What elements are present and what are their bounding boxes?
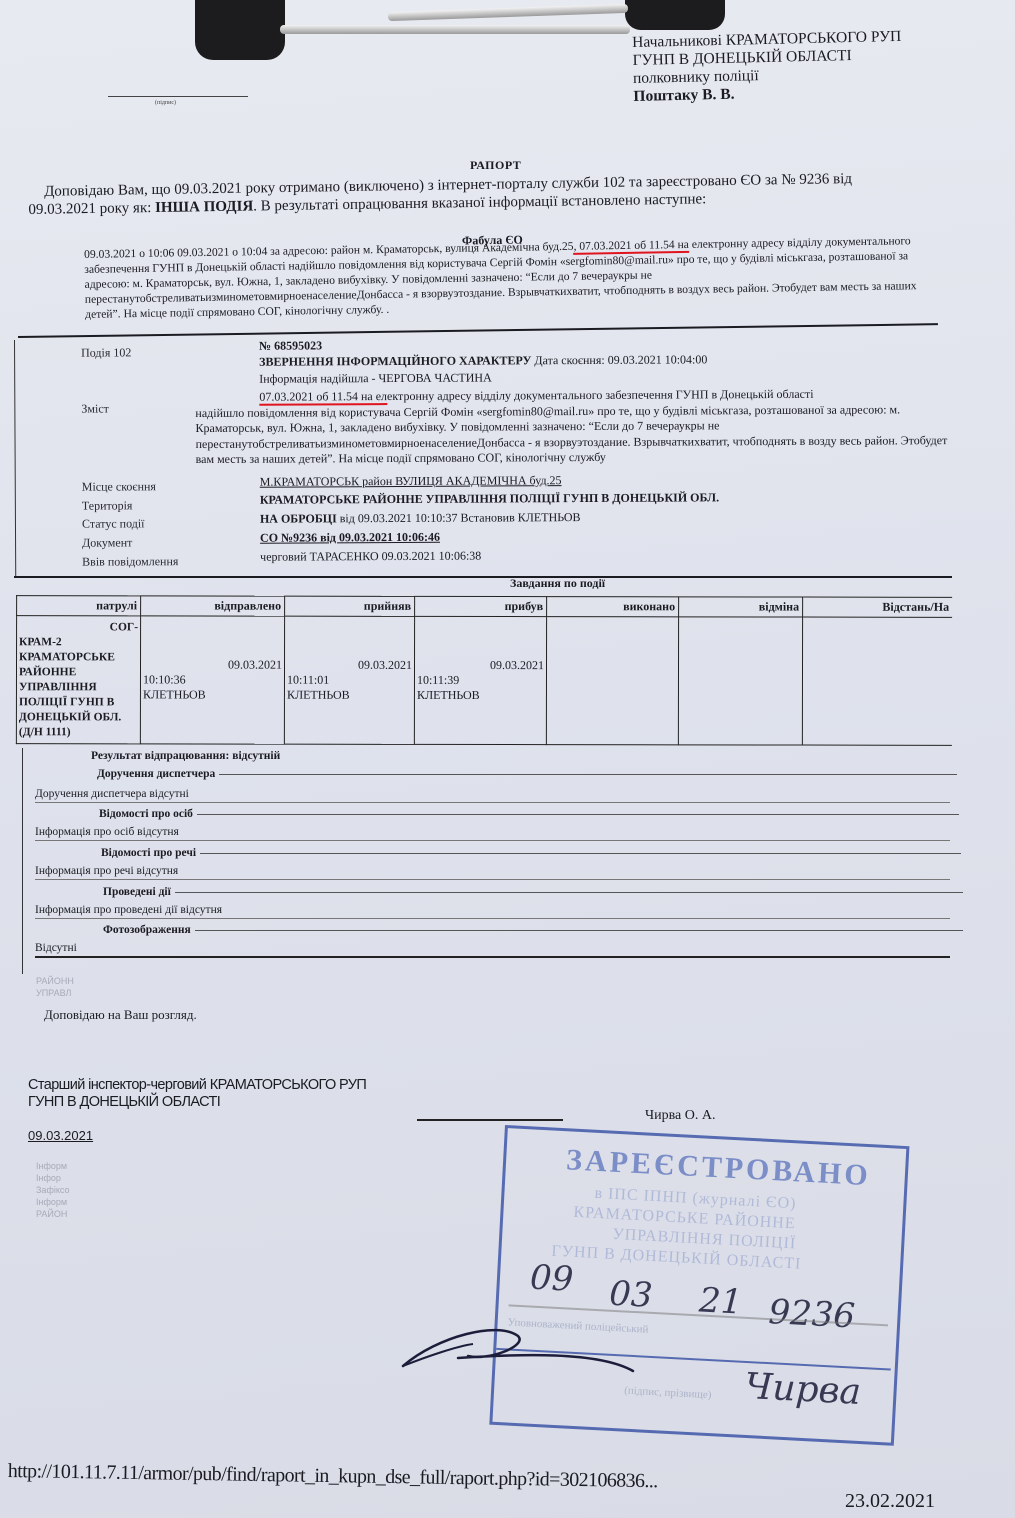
section-body: Доручення диспетчера відсутні [35,788,950,803]
event-number: № 68595023 [259,338,322,353]
col-completed: виконано [547,597,679,617]
arrived-date: 09.03.2021 [417,658,544,673]
arrived-time: 10:11:39 [417,673,544,688]
clipboard-clip-left [195,0,285,60]
sign-date: 09.03.2021 [28,1128,93,1143]
result-heading: Результат відпрацювання: відсутній [91,750,280,762]
photographed-document: (підпис) Начальникові КРАМАТОРСЬКОГО РУП… [0,0,1015,1518]
stamp-day: 09 [529,1258,574,1300]
status-rest: від 09.03.2021 10:10:37 Встановив КЛЕТНЬ… [337,510,581,525]
info-source: Інформація надійшла - ЧЕРГОВА ЧАСТИНА [259,370,492,386]
section-body: Інформація про осіб відсутня [35,826,950,841]
event-type: ІНША ПОДІЯ [155,198,253,216]
label-status: Статус події [82,516,145,531]
tasks-title: Завдання по події [510,576,605,591]
content-rest: надійшло повідомлення від користувача Се… [195,402,955,468]
event-details-block: Подія 102 № 68595023 ЗВЕРНЕННЯ ІНФОРМАЦІ… [14,335,955,578]
accepted-time: 10:11:01 [287,673,412,688]
content-line-1-rest: ектронну адресу відділу документального … [387,387,814,403]
cell-sent: 09.03.2021 10:10:36 КЛЕТНЬОВ [140,616,284,744]
col-accepted: прийняв [285,596,415,616]
sent-time: 10:10:36 [143,672,282,687]
event-document: СО №9236 від 09.03.2021 10:06:46 [260,530,440,546]
clipboard-clip-right [625,0,725,30]
intro-prefix: 09.03.2021 року як: [28,200,155,218]
red-highlight-underline: 07.03.2021 об 11.54 на ел [259,389,387,406]
tasks-table: патрулі відправлено прийняв прибув викон… [16,595,952,746]
event-status: НА ОБРОБЦІ від 09.03.2021 10:10:37 Встан… [260,510,581,527]
stamp-handwritten-signature: Чирва [744,1366,862,1413]
cell-arrived: 09.03.2021 10:11:39 КЛЕТНЬОВ [414,616,546,744]
event-type-line: ЗВЕРНЕННЯ ІНФОРМАЦІЙНОГО ХАРАКТЕРУ Дата … [259,352,707,369]
sent-by: КЛЕТНЬОВ [143,687,282,702]
report-intro: Доповідаю Вам, що 09.03.2021 року отрима… [28,169,943,219]
top-signature-caption: (підпис) [155,100,176,106]
col-cancelled: відміна [679,597,803,617]
signature-line [417,1119,563,1121]
section-title: Відомості про осіб [99,808,959,820]
top-signature-line [108,96,248,97]
section-body: Інформація про проведені дії відсутня [35,904,950,919]
label-territory: Територія [82,498,133,513]
tasks-header-row: патрулі відправлено прийняв прибув викон… [17,596,953,618]
col-distance: Відстань/На [803,597,953,617]
section-title: Фотозображення [103,924,963,936]
table-row: СОГ- КРАМ-2 КРАМАТОРСЬКЕ РАЙОННЕ УПРАВЛІ… [16,616,952,746]
footer-date: 23.02.2021 [845,1490,935,1513]
accepted-date: 09.03.2021 [287,658,412,673]
event-territory: КРАМАТОРСЬКЕ РАЙОННЕ УПРАВЛІННЯ ПОЛІЦІЇ … [260,490,719,507]
label-content: Зміст [81,402,109,417]
signer-name: Чирва О. А. [645,1108,715,1124]
stamp-sig-caption: (підпис, прізвище) [624,1385,712,1402]
signature-scrawl-icon [398,1316,658,1376]
patrol-rest: КРАМ-2 КРАМАТОРСЬКЕ РАЙОННЕ УПРАВЛІННЯ П… [19,636,121,738]
sent-date: 09.03.2021 [143,657,282,672]
label-event-102: Подія 102 [81,345,131,360]
label-place: Місце скоєння [82,479,156,494]
cell-accepted: 09.03.2021 10:11:01 КЛЕТНЬОВ [284,616,414,744]
status-bold: НА ОБРОБЦІ [260,511,337,525]
signer-line-1: Старший інспектор-черговий КРАМАТОРСЬКОГ… [28,1077,366,1094]
event-entered-by: черговий ТАРАСЕНКО 09.03.2021 10:06:38 [260,549,481,565]
event-content-text: 07.03.2021 об 11.54 на електронну адресу… [195,386,955,468]
fabula-text: 09.03.2021 о 10:06 09.03.2021 о 10:04 за… [20,233,936,323]
registration-stamp: ЗАРЕЄСТРОВАНО в ІПС ІПНП (журналі ЄО) КР… [489,1125,909,1446]
event-place: М.КРАМАТОРСЬК район ВУЛИЦЯ АКАДЕМІЧНА бу… [260,473,562,490]
col-arrived: прибув [415,596,547,616]
clipboard-wire-bend [388,4,628,21]
cell-cancelled [678,617,802,745]
report-title: РАПОРТ [470,158,521,173]
signer-title: Старший інспектор-черговий КРАМАТОРСЬКОГ… [28,1077,366,1111]
label-document: Документ [82,535,132,550]
date-committed: Дата скоєння: 09.03.2021 10:04:00 [531,352,707,367]
cell-completed [546,617,678,745]
cell-distance [802,617,952,745]
section-body: Відсутні [35,942,950,958]
clipboard-wire [280,25,630,34]
section-body: Інформація про речі відсутня [35,865,950,880]
event-type-bold: ЗВЕРНЕННЯ ІНФОРМАЦІЙНОГО ХАРАКТЕРУ [259,353,531,368]
photocopy-smudge: РАЙОННУПРАВЛ [36,975,74,999]
label-entered-by: Ввів повідомлення [82,554,178,570]
cell-patrol: СОГ- КРАМ-2 КРАМАТОРСЬКЕ РАЙОННЕ УПРАВЛІ… [16,616,140,744]
fabula-paragraph: 09.03.2021 о 10:06 09.03.2021 о 10:04 за… [20,233,936,323]
divider-rule [14,576,952,578]
photocopy-smudge: ІнформІнфорЗафіксоІнформРАЙОН [36,1160,70,1220]
addressee-block: Начальникові КРАМАТОРСЬКОГО РУП ГУНП В Д… [632,28,903,106]
accepted-by: КЛЕТНЬОВ [287,688,412,703]
col-sent: відправлено [141,596,285,616]
result-block: Результат відпрацювання: відсутній Доруч… [22,748,952,974]
signer-line-2: ГУНП В ДОНЕЦЬКІЙ ОБЛАСТІ [28,1094,366,1111]
footer-url: http://101.11.7.11/armor/pub/find/raport… [8,1460,658,1493]
arrived-by: КЛЕТНЬОВ [417,688,544,703]
patrol-first: СОГ- [19,620,138,635]
col-patrol: патрулі [17,596,141,616]
section-title: Доручення диспетчера [97,768,957,780]
section-title: Проведені дії [103,886,963,898]
closing-text: Доповідаю на Ваш розгляд. [44,1007,197,1023]
section-title: Відомості про речі [101,847,961,859]
stamp-number: 9236 [768,1292,857,1336]
